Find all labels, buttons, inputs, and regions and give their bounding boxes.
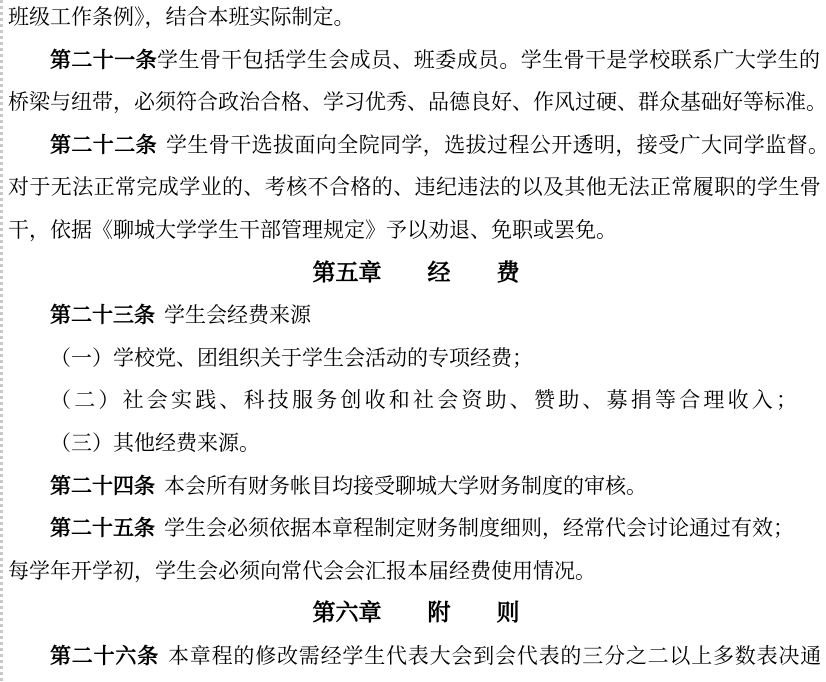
article-26-text-1: 本章程的修改需经学生代表大会到会代表的三分之二以上多数表决通 [168, 644, 822, 668]
article-22-line-1: 第二十二条学生骨干选拔面向全院同学，选拔过程公开透明，接受广大同学监督。 [8, 124, 824, 167]
funding-item-2: （二）社会实践、科技服务创收和社会资助、赞助、募捐等合理收入； [8, 379, 824, 422]
funding-item-3: （三）其他经费来源。 [8, 422, 824, 465]
article-22-label: 第二十二条 [50, 133, 157, 157]
article-21-text-1: 学生骨干包括学生会成员、班委成员。学生骨干是学校联系广大学生的 [157, 48, 820, 72]
funding-item-1: （一）学校党、团组织关于学生会活动的专项经费； [8, 337, 824, 380]
line-continuation: 班级工作条例》，结合本班实际制定。 [8, 0, 824, 39]
document-content: 班级工作条例》，结合本班实际制定。 第二十一条学生骨干包括学生会成员、班委成员。… [8, 0, 824, 678]
article-22-text-1: 学生骨干选拔面向全院同学，选拔过程公开透明，接受广大同学监督。 [166, 133, 826, 157]
chapter-6-heading: 第六章 附 则 [8, 592, 824, 635]
article-25-text-1: 学生会必须依据本章程制定财务制度细则，经常代会讨论通过有效； [164, 516, 794, 540]
page-edge-marker [0, 0, 3, 682]
document-page: { "page": { "background": "#ffffff", "te… [0, 0, 826, 682]
article-21-label: 第二十一条 [50, 48, 157, 72]
article-25-line-1: 第二十五条学生会必须依据本章程制定财务制度细则，经常代会讨论通过有效； [8, 507, 824, 550]
article-26-line-1: 第二十六条本章程的修改需经学生代表大会到会代表的三分之二以上多数表决通 [8, 635, 824, 678]
article-24-line-1: 第二十四条本会所有财务帐目均接受聊城大学财务制度的审核。 [8, 465, 824, 508]
article-23-text-1: 学生会经费来源 [164, 303, 311, 327]
article-24-label: 第二十四条 [50, 474, 155, 498]
article-23-line-1: 第二十三条学生会经费来源 [8, 294, 824, 337]
article-22-line-3: 干，依据《聊城大学学生干部管理规定》予以劝退、免职或罢免。 [8, 209, 824, 252]
article-23-label: 第二十三条 [50, 303, 155, 327]
article-21-line-2: 桥梁与纽带，必须符合政治合格、学习优秀、品德良好、作风过硬、群众基础好等标准。 [8, 81, 824, 124]
article-26-label: 第二十六条 [50, 644, 159, 668]
article-25-line-2: 每学年开学初，学生会必须向常代会会汇报本届经费使用情况。 [8, 550, 824, 593]
article-24-text-1: 本会所有财务帐目均接受聊城大学财务制度的审核。 [164, 474, 647, 498]
article-25-label: 第二十五条 [50, 516, 155, 540]
article-22-line-2: 对于无法正常完成学业的、考核不合格的、违纪违法的以及其他无法正常履职的学生骨 [8, 166, 824, 209]
chapter-5-heading: 第五章 经 费 [8, 252, 824, 295]
article-21-line-1: 第二十一条学生骨干包括学生会成员、班委成员。学生骨干是学校联系广大学生的 [8, 39, 824, 82]
